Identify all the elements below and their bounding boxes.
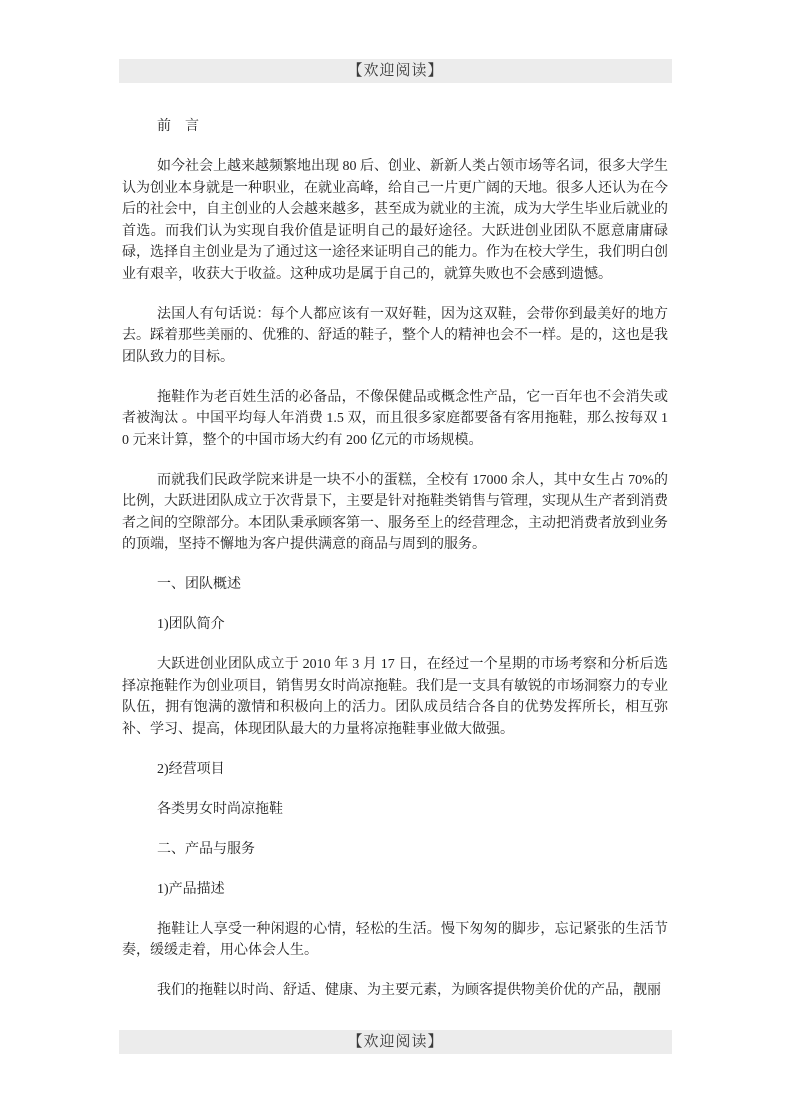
paragraph-product-elements: 我们的拖鞋以时尚、舒适、健康、为主要元素，为顾客提供物美价优的产品，靓丽 bbox=[122, 980, 668, 1002]
document-page: 【欢迎阅读】 前 言 如今社会上越来越频繁地出现 80 后、创业、新新人类占领市… bbox=[0, 0, 792, 1120]
section-heading-product-service: 二、产品与服务 bbox=[122, 839, 668, 861]
header-banner-label: 【欢迎阅读】 bbox=[347, 59, 443, 83]
footer-banner: 【欢迎阅读】 bbox=[119, 1030, 672, 1054]
paragraph-team-intro: 大跃进创业团队成立于 2010 年 3 月 17 日，在经过一个星期的市场考察和… bbox=[122, 654, 668, 740]
preface-heading: 前 言 bbox=[122, 116, 668, 138]
paragraph-market-size: 拖鞋作为老百姓生活的必备品，不像保健品或概念性产品，它一百年也不会消失或者被淘汰… bbox=[122, 387, 668, 452]
paragraph-product-feeling: 拖鞋让人享受一种闲遐的心情，轻松的生活。慢下匆匆的脚步，忘记紧张的生活节奏，缓缓… bbox=[122, 919, 668, 962]
footer-banner-label: 【欢迎阅读】 bbox=[347, 1030, 443, 1054]
subsection-heading-product-desc: 1)产品描述 bbox=[122, 879, 668, 901]
paragraph-school-market: 而就我们民政学院来讲是一块不小的蛋糕，全校有 17000 余人，其中女生占 70… bbox=[122, 470, 668, 556]
subsection-heading-business-item: 2)经营项目 bbox=[122, 759, 668, 781]
paragraph-intro: 如今社会上越来越频繁地出现 80 后、创业、新新人类占领市场等名词，很多大学生认… bbox=[122, 156, 668, 285]
header-banner: 【欢迎阅读】 bbox=[119, 59, 672, 83]
paragraph-business-item: 各类男女时尚凉拖鞋 bbox=[122, 799, 668, 821]
section-heading-team-overview: 一、团队概述 bbox=[122, 574, 668, 596]
paragraph-french-saying: 法国人有句话说：每个人都应该有一双好鞋，因为这双鞋，会带你到最美好的地方去。踩着… bbox=[122, 304, 668, 369]
subsection-heading-team-intro: 1)团队简介 bbox=[122, 614, 668, 636]
document-body: 前 言 如今社会上越来越频繁地出现 80 后、创业、新新人类占领市场等名词，很多… bbox=[122, 116, 668, 1020]
